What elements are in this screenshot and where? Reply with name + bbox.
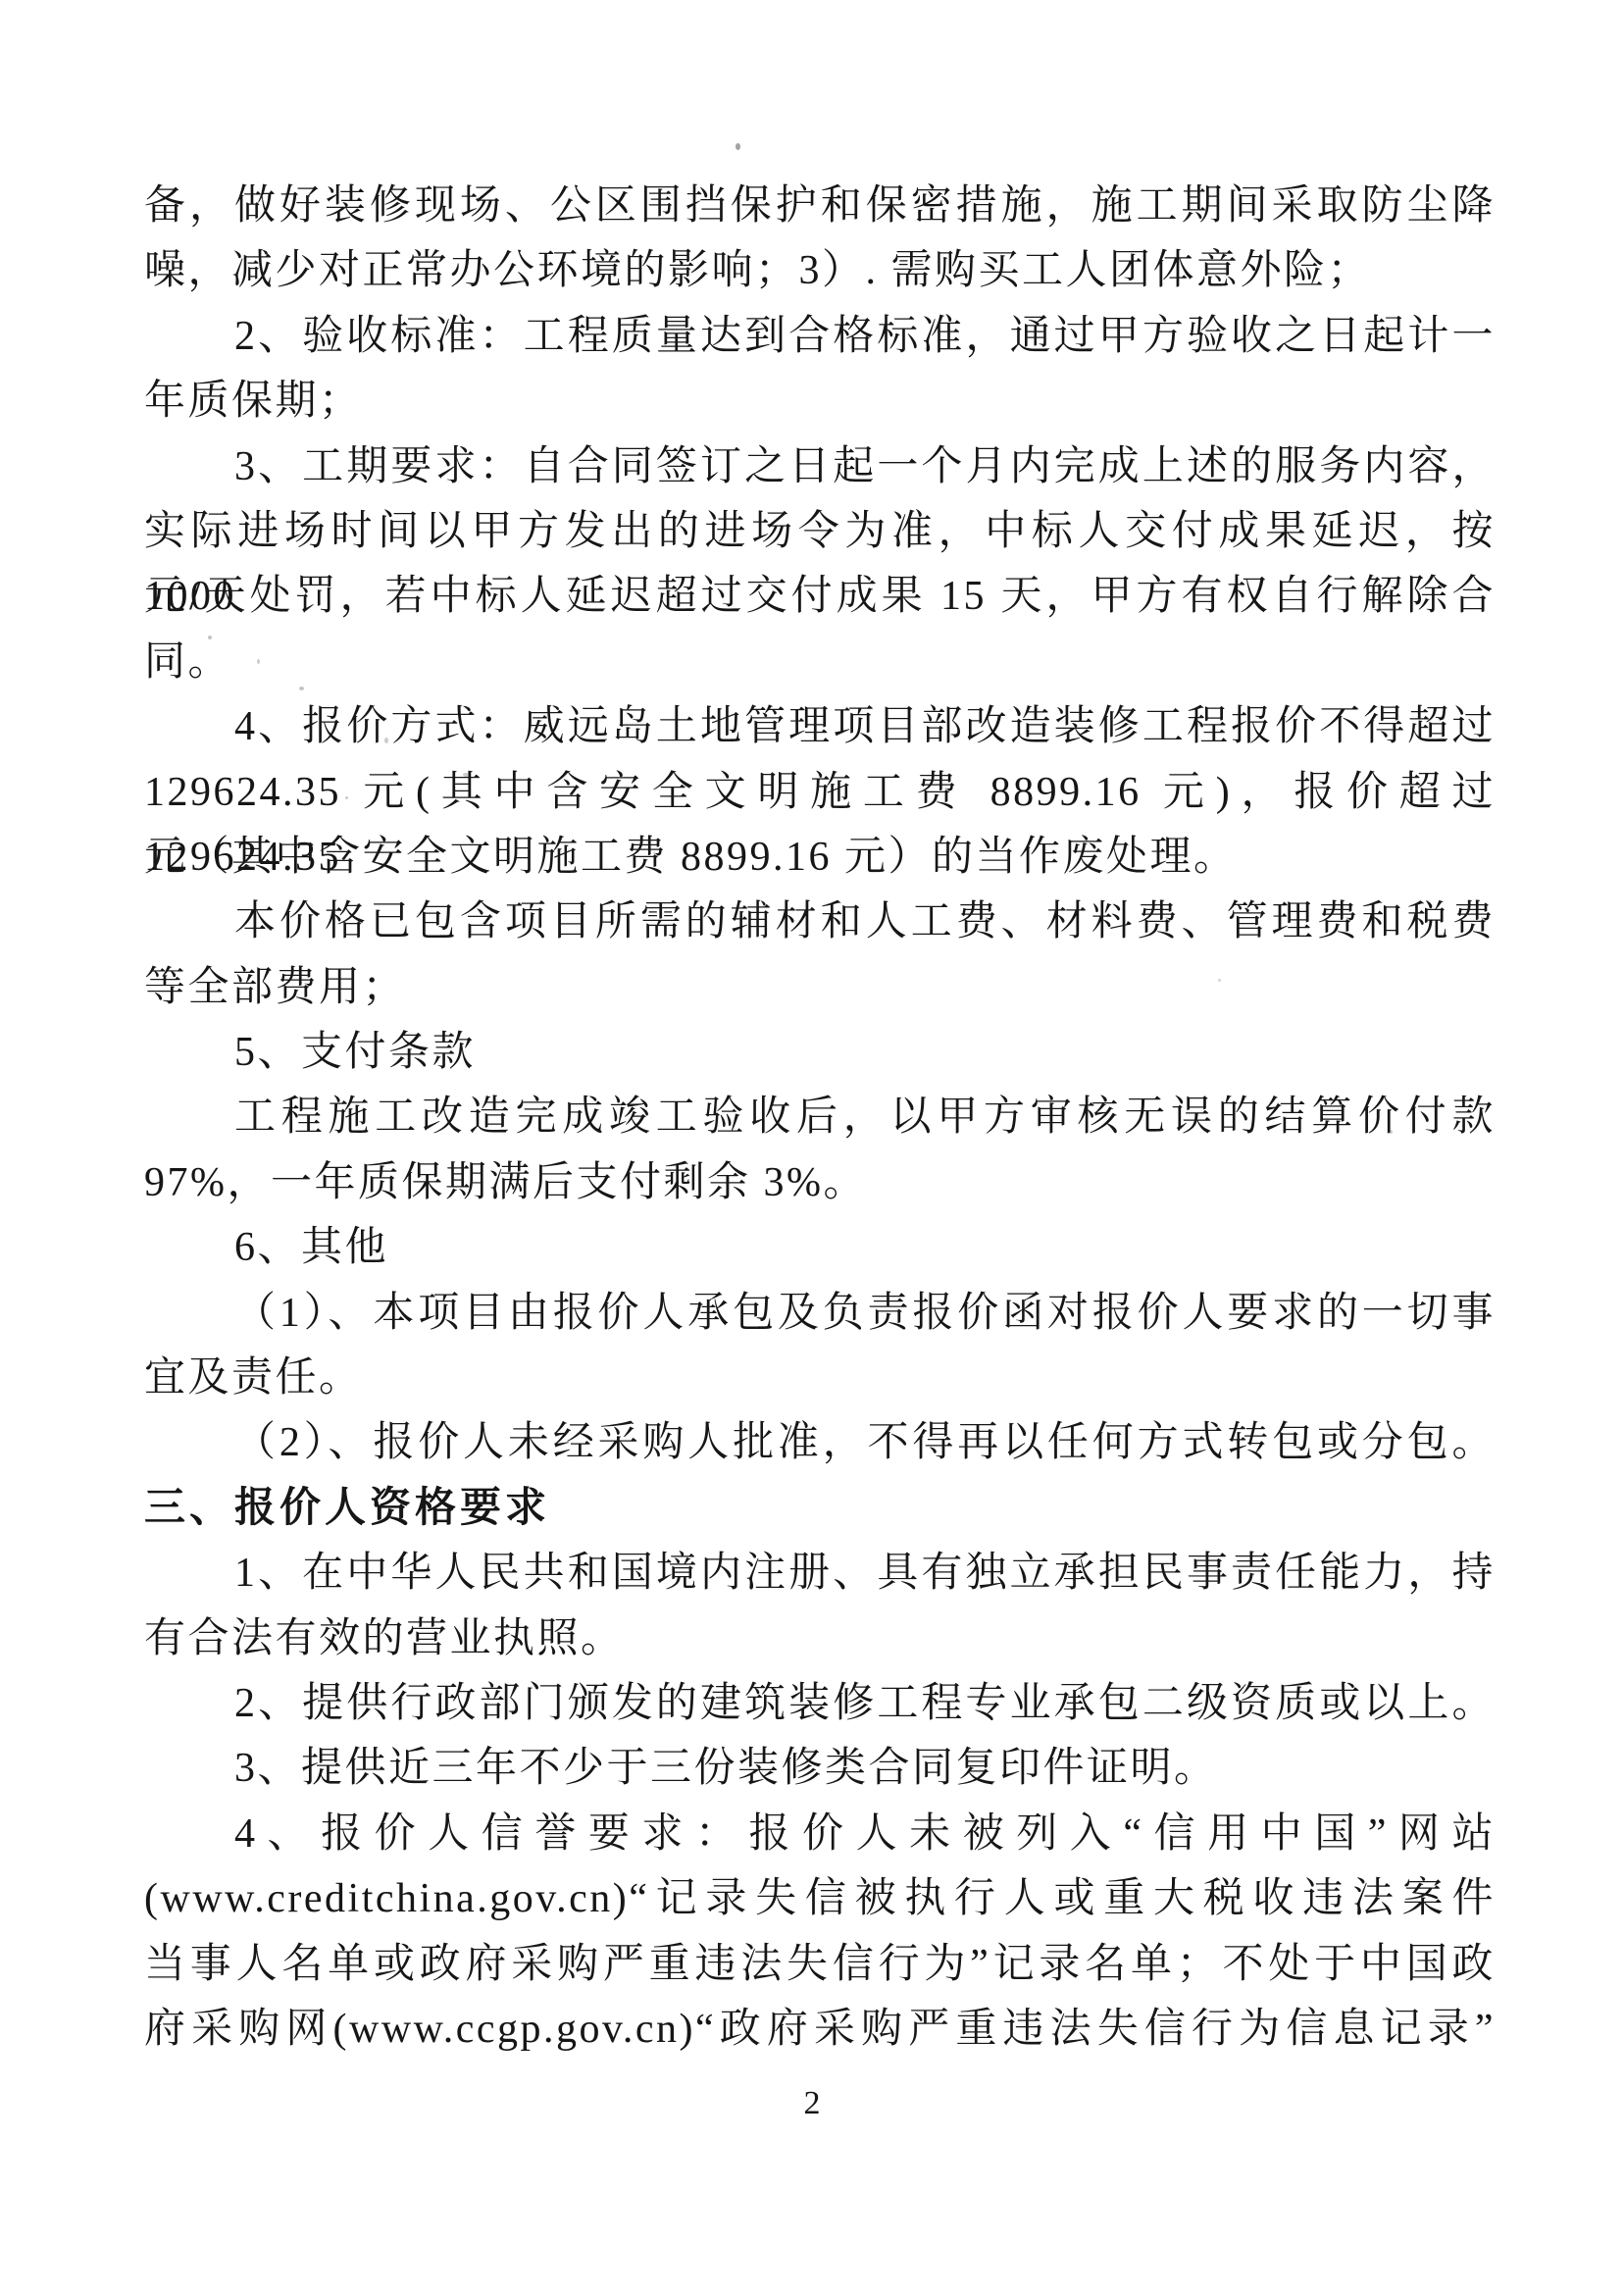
text-line: 三、报价人资格要求: [144, 1476, 1496, 1541]
text-line: 1、在中华人民共和国境内注册、具有独立承担民事责任能力，持: [144, 1541, 1496, 1605]
scan-noise-speck: [208, 636, 212, 639]
text-line: 宜及责任。: [144, 1346, 1496, 1410]
scan-noise-speck: [299, 687, 304, 690]
text-line: 元（其中含安全文明施工费 8899.16 元）的当作废处理。: [144, 825, 1496, 890]
page-number: 2: [0, 2085, 1624, 2122]
scan-noise-speck: [384, 738, 388, 743]
scan-noise-speck: [345, 796, 348, 799]
scan-noise-speck: [736, 143, 740, 150]
text-line: 5、支付条款: [144, 1020, 1496, 1085]
text-line: 4、报价人信誉要求：报价人未被列入“信用中国”网站: [144, 1802, 1496, 1866]
document-body: 备，做好装修现场、公区围挡保护和保密措施，施工期间采取防尘降噪，减少对正常办公环…: [144, 174, 1496, 2062]
text-line: 实际进场时间以甲方发出的进场令为准，中标人交付成果延迟，按 1000: [144, 499, 1496, 564]
text-line: 有合法有效的营业执照。: [144, 1606, 1496, 1671]
text-line: 2、验收标准：工程质量达到合格标准，通过甲方验收之日起计一: [144, 304, 1496, 369]
text-line: 元/天处罚，若中标人延迟超过交付成果 15 天，甲方有权自行解除合: [144, 564, 1496, 629]
text-line: 97%，一年质保期满后支付剩余 3%。: [144, 1150, 1496, 1215]
text-line: 噪，减少对正常办公环境的影响；3）. 需购买工人团体意外险；: [144, 238, 1496, 303]
text-line: 工程施工改造完成竣工验收后，以甲方审核无误的结算价付款: [144, 1085, 1496, 1149]
text-line: 3、工期要求：自合同签订之日起一个月内完成上述的服务内容，: [144, 434, 1496, 499]
text-line: 2、提供行政部门颁发的建筑装修工程专业承包二级资质或以上。: [144, 1671, 1496, 1736]
scan-noise-speck: [257, 659, 260, 664]
scan-noise-speck: [1218, 979, 1221, 982]
text-line: 等全部费用；: [144, 955, 1496, 1020]
text-line: 本价格已包含项目所需的辅材和人工费、材料费、管理费和税费: [144, 890, 1496, 954]
document-page: 备，做好装修现场、公区围挡保护和保密措施，施工期间采取防尘降噪，减少对正常办公环…: [0, 0, 1624, 2293]
text-line: (www.creditchina.gov.cn)“记录失信被执行人或重大税收违法…: [144, 1866, 1496, 1931]
scan-noise-speck: [463, 773, 469, 777]
text-line: 6、其他: [144, 1215, 1496, 1280]
text-line: （1）、本项目由报价人承包及负责报价函对报价人要求的一切事: [144, 1281, 1496, 1346]
text-line: 府采购网(www.ccgp.gov.cn)“政府采购严重违法失信行为信息记录”: [144, 1997, 1496, 2062]
text-line: 129624.35 元(其中含安全文明施工费 8899.16 元)，报价超过 1…: [144, 760, 1496, 825]
text-line: 3、提供近三年不少于三份装修类合同复印件证明。: [144, 1736, 1496, 1801]
text-line: 备，做好装修现场、公区围挡保护和保密措施，施工期间采取防尘降: [144, 174, 1496, 238]
text-line: 同。: [144, 630, 1496, 694]
text-line: 4、报价方式：威远岛土地管理项目部改造装修工程报价不得超过: [144, 694, 1496, 759]
scan-noise-speck: [1389, 1130, 1393, 1134]
text-line: 年质保期；: [144, 369, 1496, 433]
text-line: （2）、报价人未经采购人批准，不得再以任何方式转包或分包。: [144, 1410, 1496, 1475]
text-line: 当事人名单或政府采购严重违法失信行为”记录名单；不处于中国政: [144, 1932, 1496, 1997]
